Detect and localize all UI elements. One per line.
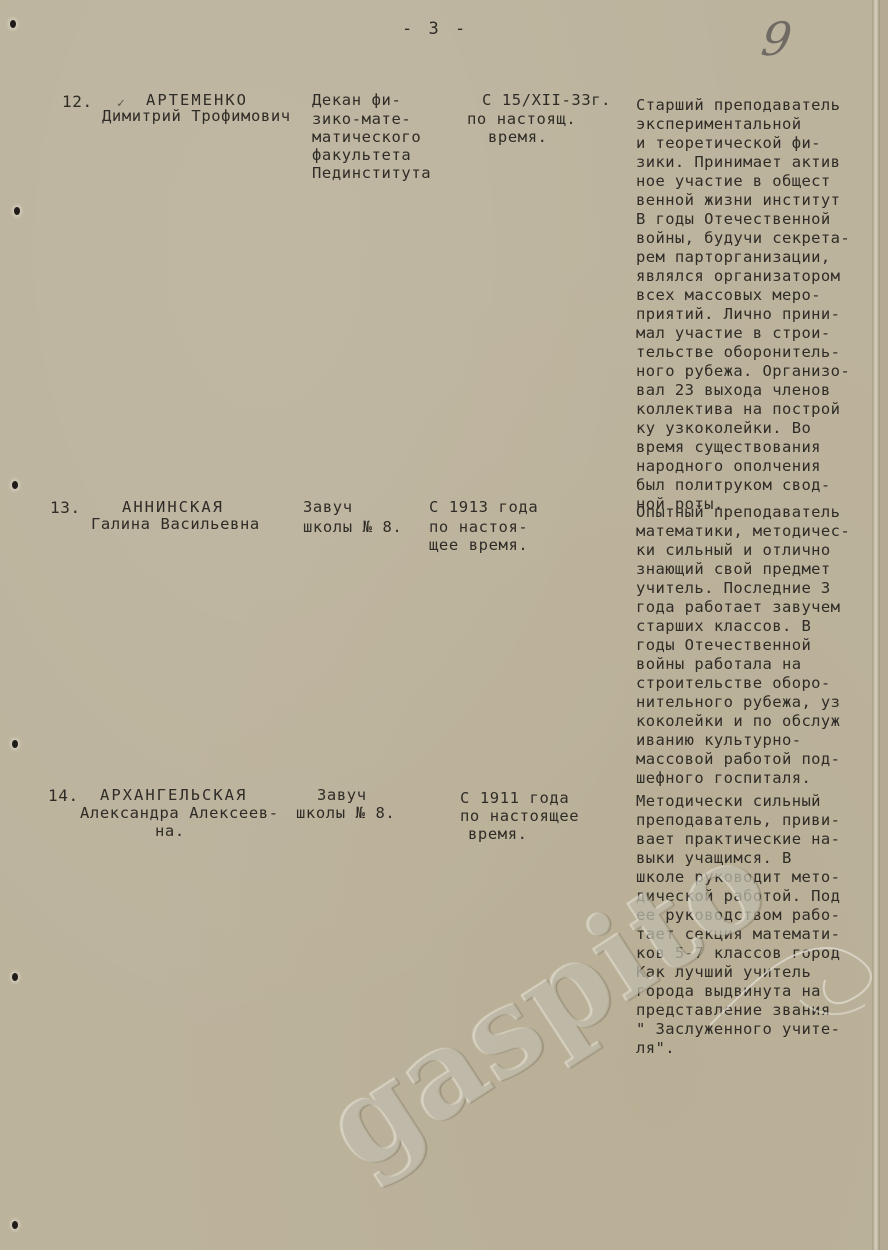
- description-line: ку узкоколейки. Во: [636, 419, 811, 438]
- period-line: С 15/XII-33г.: [482, 91, 611, 110]
- entry-number: 14.: [48, 786, 79, 805]
- description-line: массовой работой под-: [636, 750, 840, 769]
- entry-given-names-cont: на.: [155, 822, 185, 841]
- punch-hole-icon: [14, 207, 20, 215]
- description-line: зики. Принимает актив: [636, 153, 840, 172]
- position-line: матического: [312, 128, 421, 147]
- description-line: математики, методичес-: [636, 522, 850, 541]
- punch-hole-icon: [12, 1221, 18, 1229]
- period-line: по настоящ.: [467, 110, 576, 129]
- description-line: года работает завучем: [636, 598, 840, 617]
- description-line: Старший преподаватель: [636, 96, 840, 115]
- margin-note: - т С е т о - т: [873, 200, 883, 420]
- description-line: войны, будучи секрета-: [636, 229, 850, 248]
- period-line: время.: [488, 128, 548, 147]
- description-line: войны работала на: [636, 655, 801, 674]
- punch-hole-icon: [12, 481, 18, 489]
- description-line: учитель. Последние 3: [636, 579, 831, 598]
- description-line: коллектива на построй: [636, 400, 840, 419]
- description-line: вал 23 выхода членов: [636, 381, 831, 400]
- description-line: ное участие в общест: [636, 172, 831, 191]
- description-line: всех массовых меро-: [636, 286, 821, 305]
- entry-given-names: Александра Алексеев-: [80, 804, 279, 823]
- archive-sheet-number: 9: [758, 12, 795, 66]
- description-line: время существования: [636, 438, 821, 457]
- description-line: мал участие в строи-: [636, 324, 831, 343]
- position-line: зико-мате-: [312, 110, 411, 129]
- punch-hole-icon: [10, 20, 16, 28]
- entry-number: 12.: [62, 92, 93, 111]
- position-line: Завуч: [303, 498, 353, 517]
- description-line: ного рубежа. Организо-: [636, 362, 850, 381]
- description-line: преподаватель, приви-: [636, 811, 840, 830]
- description-line: старших классов. В: [636, 617, 811, 636]
- entry-given-names: Димитрий Трофимович: [102, 107, 291, 126]
- punch-hole-icon: [12, 740, 18, 748]
- period-line: С 1913 года: [429, 498, 538, 517]
- description-line: шефного госпиталя.: [636, 769, 811, 788]
- description-line: ки сильный и отлично: [636, 541, 831, 560]
- description-line: экспериментальной: [636, 115, 801, 134]
- description-line: годы Отечественной: [636, 636, 811, 655]
- entry-given-names: Галина Васильевна: [91, 515, 260, 534]
- period-line: время.: [468, 825, 528, 844]
- description-line: был политруком свод-: [636, 476, 831, 495]
- description-line: и теоретической фи-: [636, 134, 821, 153]
- description-line: Опытный преподаватель: [636, 503, 840, 522]
- description-line: венной жизни институт: [636, 191, 840, 210]
- description-line: нительного рубежа, уз: [636, 693, 840, 712]
- description-line: Методически сильный: [636, 792, 821, 811]
- description-line: народного ополчения: [636, 457, 821, 476]
- page-number: - 3 -: [402, 19, 468, 39]
- position-line: Пединститута: [312, 164, 431, 183]
- description-line: коколейки и по обслуж: [636, 712, 840, 731]
- position-line: Декан фи-: [312, 91, 401, 110]
- entry-surname: АРХАНГЕЛЬСКАЯ: [100, 786, 247, 805]
- position-line: школы № 8.: [296, 804, 395, 823]
- document-page: - 3 - 9 12. ✓ АРТЕМЕНКО Димитрий Трофимо…: [0, 0, 880, 1250]
- period-line: щее время.: [429, 536, 528, 555]
- description-line: строительстве оборо-: [636, 674, 831, 693]
- punch-hole-icon: [12, 973, 18, 981]
- description-line: рем парторганизации,: [636, 248, 831, 267]
- description-line: иванию культурно-: [636, 731, 801, 750]
- period-line: по настоящее: [460, 807, 579, 826]
- description-line: являлся организатором: [636, 267, 840, 286]
- position-line: факультета: [312, 146, 411, 165]
- description-line: знающий свой предмет: [636, 560, 831, 579]
- position-line: школы № 8.: [303, 518, 402, 537]
- description-line: приятий. Лично прини-: [636, 305, 840, 324]
- description-line: тельстве оборонитель-: [636, 343, 840, 362]
- description-line: В годы Отечественной: [636, 210, 831, 229]
- period-line: по настоя-: [429, 518, 528, 537]
- entry-number: 13.: [50, 498, 81, 517]
- description-line: ля".: [636, 1039, 675, 1058]
- position-line: Завуч: [317, 786, 367, 805]
- page-edge: [872, 0, 880, 1250]
- period-line: С 1911 года: [460, 789, 569, 808]
